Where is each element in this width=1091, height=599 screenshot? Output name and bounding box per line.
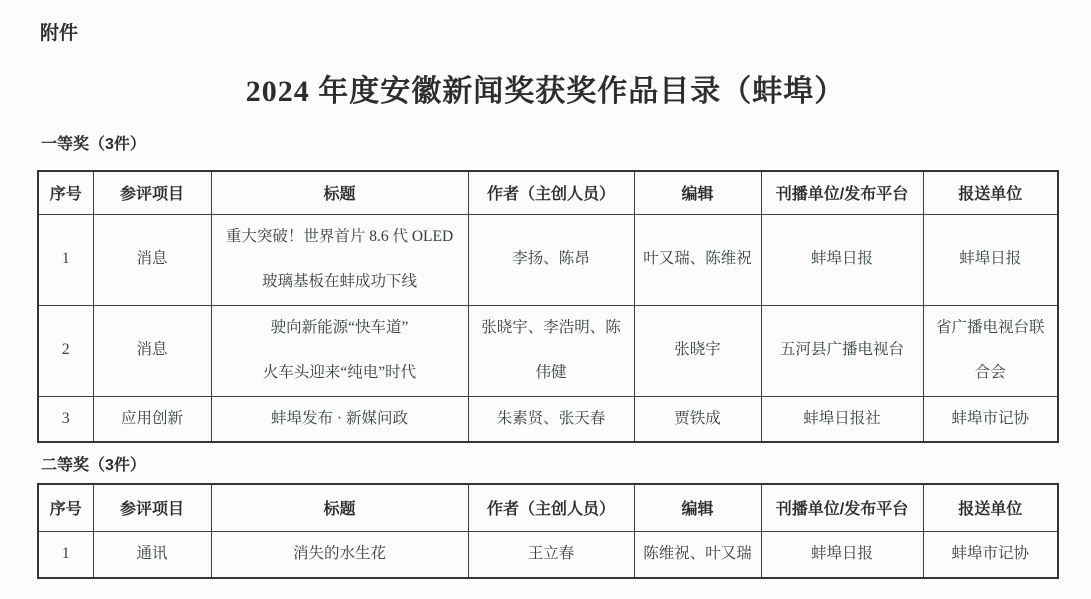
- table-row: 1 消息 重大突破！世界首片 8.6 代 OLED 玻璃基板在蚌成功下线 李扬、…: [38, 214, 1058, 305]
- cell-editor: 叶又瑞、陈维祝: [634, 214, 761, 305]
- cell-editor: 张晓宇: [634, 305, 761, 396]
- header-row: 序号 参评项目 标题 作者（主创人员） 编辑 刊播单位/发布平台 报送单位: [38, 171, 1058, 214]
- col-header-category: 参评项目: [93, 484, 211, 531]
- cell-authors: 张晓宇、李浩明、陈 伟健: [468, 305, 634, 396]
- cell-category: 应用创新: [93, 396, 211, 442]
- col-header-editor: 编辑: [634, 171, 761, 214]
- cell-publisher: 五河县广播电视台: [761, 305, 923, 396]
- cell-authors: 李扬、陈昂: [468, 214, 634, 305]
- attachment-label: 附件: [40, 18, 78, 45]
- cell-category: 通讯: [93, 531, 211, 578]
- cell-title: 重大突破！世界首片 8.6 代 OLED 玻璃基板在蚌成功下线: [211, 214, 468, 305]
- second-prize-table-header: 序号 参评项目 标题 作者（主创人员） 编辑 刊播单位/发布平台 报送单位: [38, 484, 1058, 531]
- cell-authors: 王立春: [468, 531, 634, 578]
- cell-category: 消息: [93, 305, 211, 396]
- cell-editor: 陈维祝、叶又瑞: [634, 531, 761, 578]
- col-header-authors: 作者（主创人员）: [468, 171, 634, 214]
- header-row: 序号 参评项目 标题 作者（主创人员） 编辑 刊播单位/发布平台 报送单位: [38, 484, 1058, 531]
- table-row: 3 应用创新 蚌埠发布 · 新媒问政 朱素贤、张天春 贾铁成 蚌埠日报社 蚌埠市…: [38, 396, 1058, 442]
- col-header-seq: 序号: [38, 171, 93, 214]
- col-header-authors: 作者（主创人员）: [468, 484, 634, 531]
- cell-seq: 3: [38, 396, 93, 442]
- cell-publisher: 蚌埠日报社: [761, 396, 923, 442]
- cell-category: 消息: [93, 214, 211, 305]
- cell-seq: 2: [38, 305, 93, 396]
- cell-title: 消失的水生花: [211, 531, 468, 578]
- cell-submitter: 蚌埠市记协: [923, 396, 1058, 442]
- cell-authors: 朱素贤、张天春: [468, 396, 634, 442]
- col-header-publisher: 刊播单位/发布平台: [761, 484, 923, 531]
- cell-title: 驶向新能源“快车道” 火车头迎来“纯电”时代: [211, 305, 468, 396]
- second-prize-section-label: 二等奖（3件）: [41, 452, 146, 475]
- col-header-category: 参评项目: [93, 171, 211, 214]
- col-header-title: 标题: [211, 171, 468, 214]
- cell-submitter: 蚌埠市记协: [923, 531, 1058, 578]
- col-header-submitter: 报送单位: [923, 171, 1058, 214]
- cell-submitter: 省广播电视台联 合会: [923, 305, 1058, 396]
- col-header-publisher: 刊播单位/发布平台: [761, 171, 923, 214]
- cell-editor: 贾铁成: [634, 396, 761, 442]
- cell-seq: 1: [38, 214, 93, 305]
- first-prize-table: 序号 参评项目 标题 作者（主创人员） 编辑 刊播单位/发布平台 报送单位 1 …: [37, 170, 1059, 443]
- cell-publisher: 蚌埠日报: [761, 531, 923, 578]
- col-header-title: 标题: [211, 484, 468, 531]
- table-row: 1 通讯 消失的水生花 王立春 陈维祝、叶又瑞 蚌埠日报 蚌埠市记协: [38, 531, 1058, 578]
- cell-seq: 1: [38, 531, 93, 578]
- second-prize-table: 序号 参评项目 标题 作者（主创人员） 编辑 刊播单位/发布平台 报送单位 1 …: [37, 483, 1059, 579]
- first-prize-section-label: 一等奖（3件）: [41, 131, 146, 154]
- first-prize-table-header: 序号 参评项目 标题 作者（主创人员） 编辑 刊播单位/发布平台 报送单位: [38, 171, 1058, 214]
- col-header-editor: 编辑: [634, 484, 761, 531]
- cell-submitter: 蚌埠日报: [923, 214, 1058, 305]
- document-title: 2024 年度安徽新闻奖获奖作品目录（蚌埠）: [0, 66, 1091, 110]
- cell-title: 蚌埠发布 · 新媒问政: [211, 396, 468, 442]
- col-header-submitter: 报送单位: [923, 484, 1058, 531]
- table-row: 2 消息 驶向新能源“快车道” 火车头迎来“纯电”时代 张晓宇、李浩明、陈 伟健…: [38, 305, 1058, 396]
- col-header-seq: 序号: [38, 484, 93, 531]
- cell-publisher: 蚌埠日报: [761, 214, 923, 305]
